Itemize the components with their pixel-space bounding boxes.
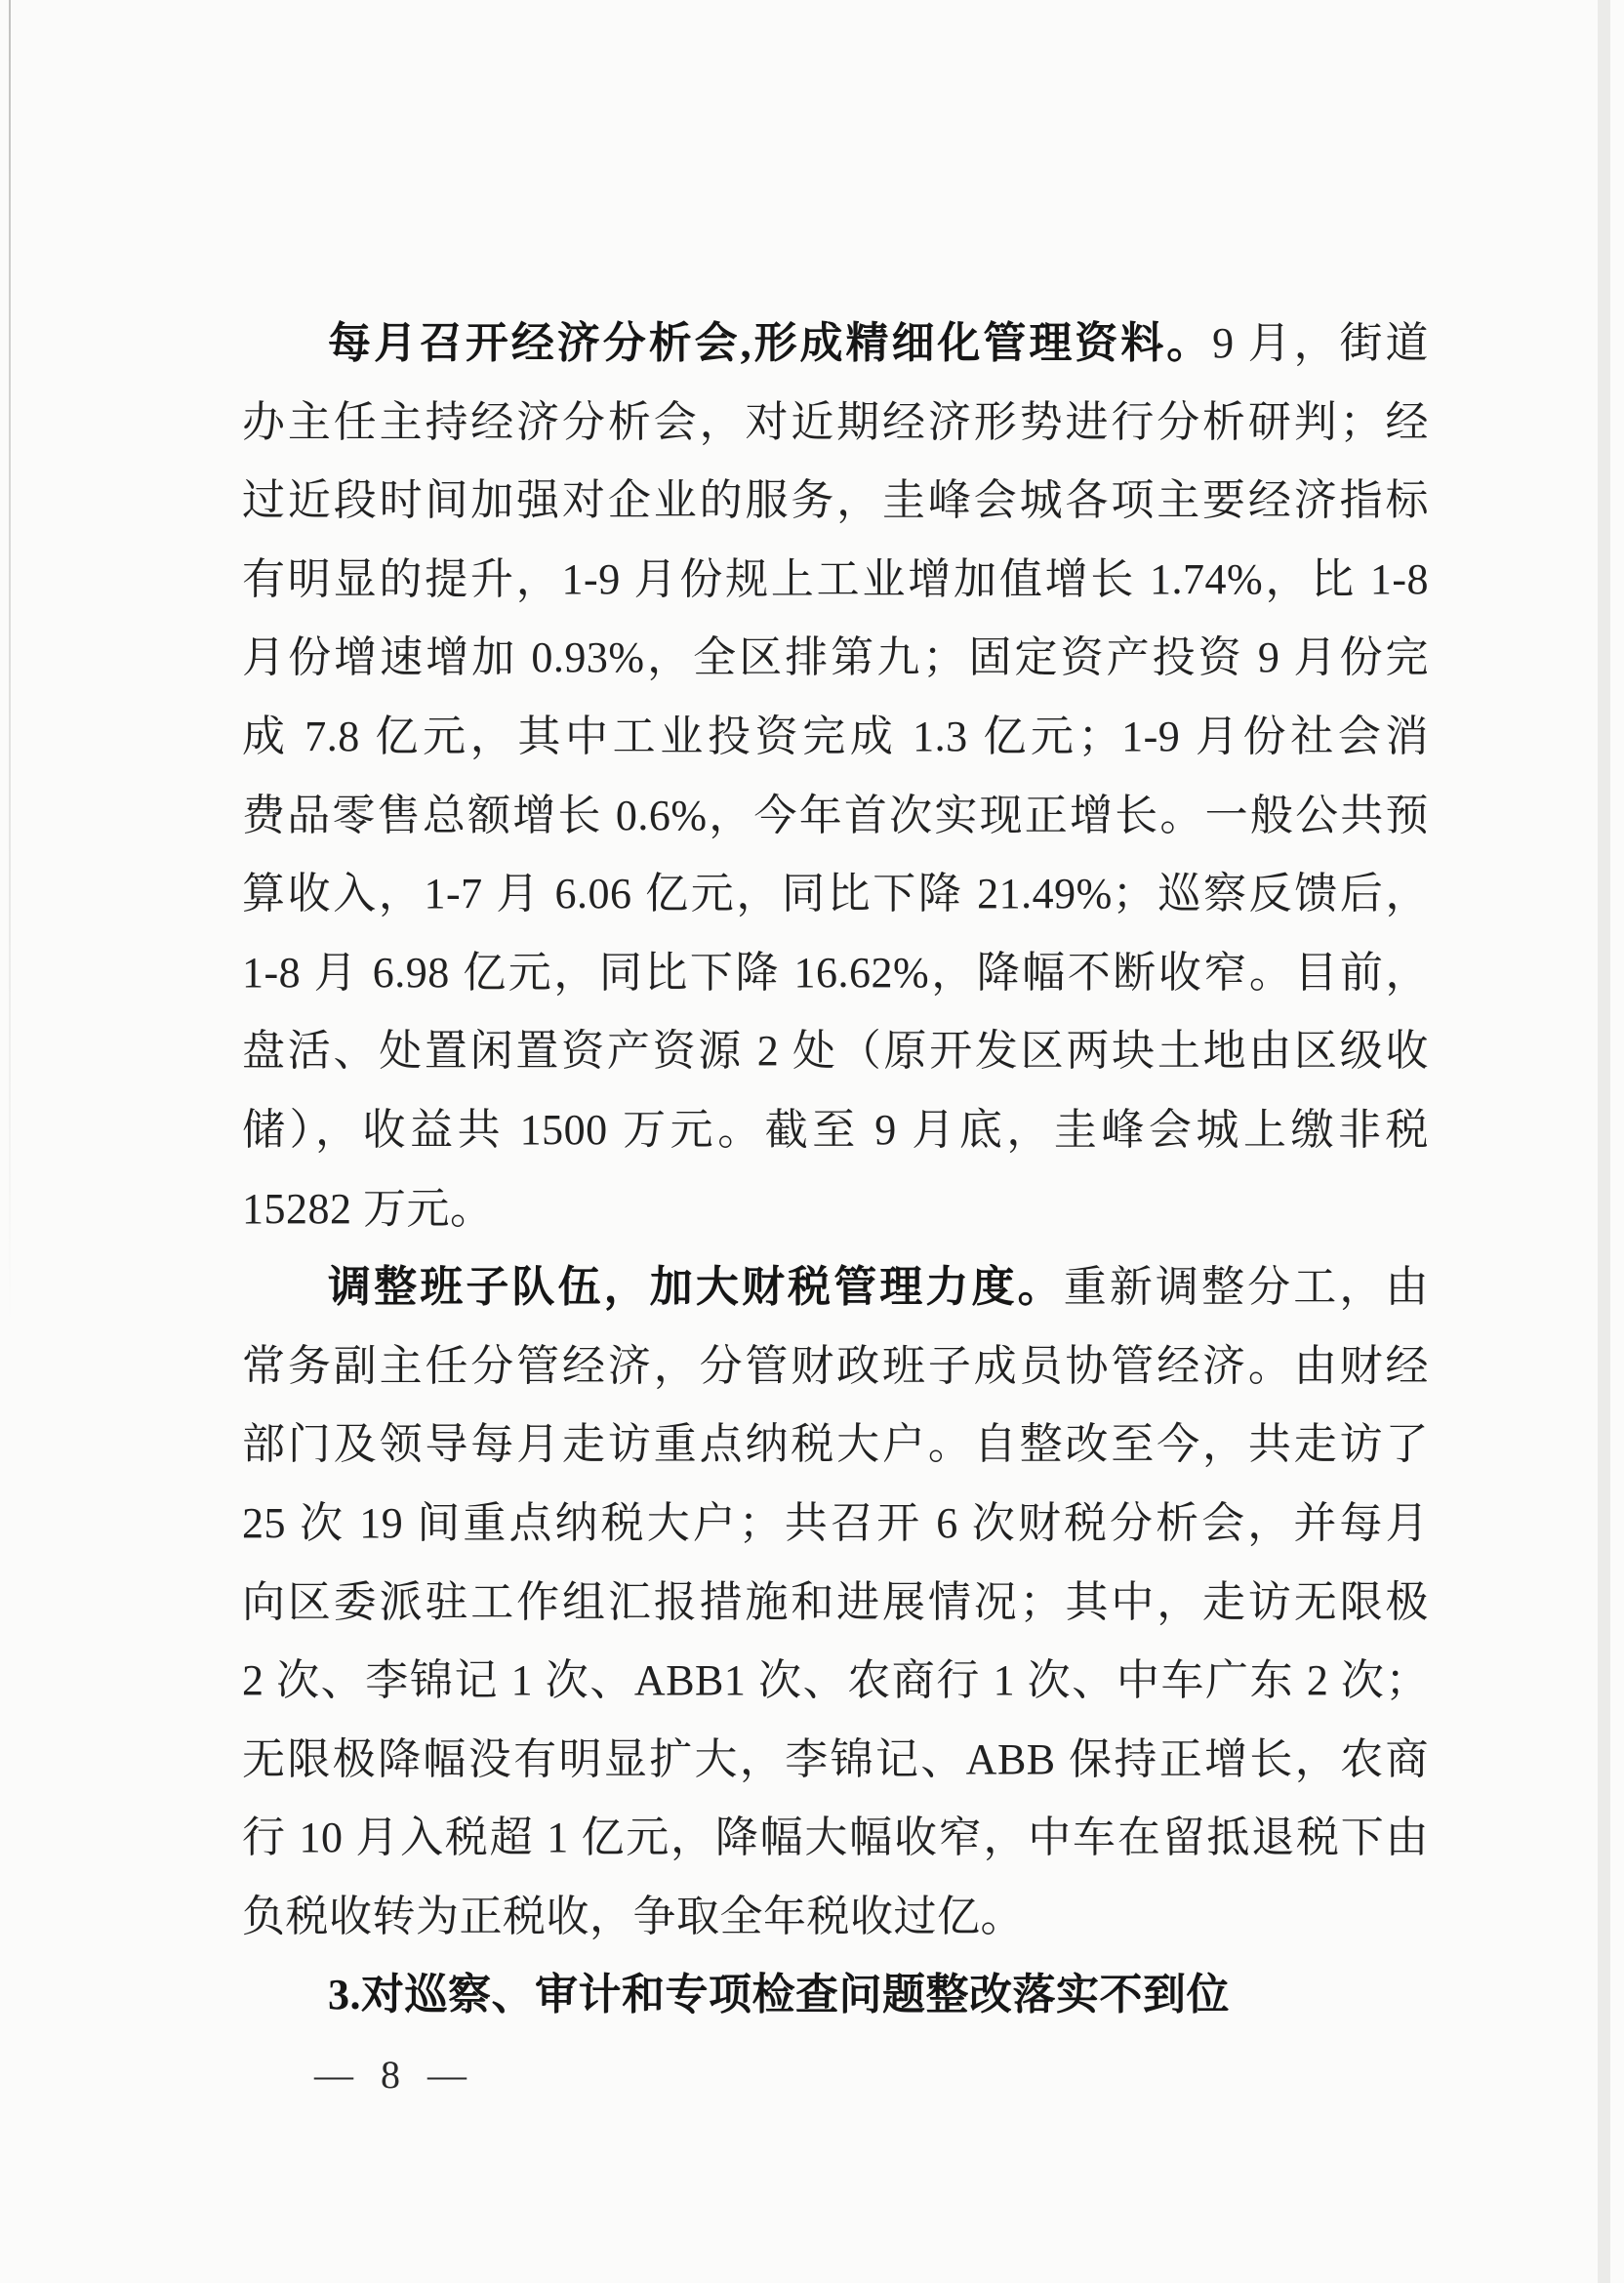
text-segment: 重新调整分工，由 [1064, 1263, 1429, 1311]
text-line: 算收入，1-7 月 6.06 亿元，同比下降 21.49%；巡察反馈后， [242, 855, 1429, 934]
bold-text-segment: 3.对巡察、审计和专项检查问题整改落实不到位 [328, 1971, 1230, 2018]
document-body: 每月召开经济分析会,形成精细化管理资料。9 月，街道办主任主持经济分析会，对近期… [242, 305, 1429, 2035]
text-line: 盘活、处置闲置资产资源 2 处（原开发区两块土地由区级收 [242, 1012, 1429, 1091]
text-line: 25 次 19 间重点纳税大户；共召开 6 次财税分析会，并每月 [242, 1485, 1429, 1564]
text-segment: 1-8 月 6.98 亿元，同比下降 16.62%，降幅不断收窄。目前， [242, 949, 1429, 997]
bold-text-segment: 每月召开经济分析会,形成精细化管理资料。 [328, 319, 1212, 367]
text-segment: 储），收益共 1500 万元。截至 9 月底，圭峰会城上缴非税 [242, 1106, 1429, 1154]
text-line: 15282 万元。 [242, 1170, 1429, 1249]
text-line: 2 次、李锦记 1 次、ABB1 次、农商行 1 次、中车广东 2 次； [242, 1642, 1429, 1721]
text-line: 成 7.8 亿元，其中工业投资完成 1.3 亿元；1-9 月份社会消 [242, 698, 1429, 777]
text-line: 办主任主持经济分析会，对近期经济形势进行分析研判；经 [242, 384, 1429, 463]
text-segment: 盘活、处置闲置资产资源 2 处（原开发区两块土地由区级收 [242, 1027, 1429, 1075]
text-segment: 2 次、李锦记 1 次、ABB1 次、农商行 1 次、中车广东 2 次； [242, 1656, 1429, 1704]
text-line: 向区委派驻工作组汇报措施和进展情况；其中，走访无限极 [242, 1564, 1429, 1643]
text-line: 常务副主任分管经济，分管财政班子成员协管经济。由财经 [242, 1327, 1429, 1406]
text-line: 3.对巡察、审计和专项检查问题整改落实不到位 [242, 1956, 1429, 2035]
text-line: 负税收转为正税收，争取全年税收过亿。 [242, 1878, 1429, 1957]
text-line: 储），收益共 1500 万元。截至 9 月底，圭峰会城上缴非税 [242, 1091, 1429, 1170]
scan-edge-left [9, 0, 11, 1325]
text-segment: 行 10 月入税超 1 亿元，降幅大幅收窄，中车在留抵退税下由 [242, 1814, 1429, 1861]
text-line: 有明显的提升，1-9 月份规上工业增加值增长 1.74%，比 1-8 [242, 541, 1429, 620]
text-segment: 过近段时间加强对企业的服务，圭峰会城各项主要经济指标 [242, 476, 1429, 524]
text-segment: 算收入，1-7 月 6.06 亿元，同比下降 21.49%；巡察反馈后， [242, 870, 1429, 917]
text-line: 月份增速增加 0.93%，全区排第九；固定资产投资 9 月份完 [242, 619, 1429, 698]
text-segment: 费品零售总额增长 0.6%，今年首次实现正增长。一般公共预 [242, 792, 1429, 839]
text-segment: 办主任主持经济分析会，对近期经济形势进行分析研判；经 [242, 398, 1429, 446]
text-segment: 有明显的提升，1-9 月份规上工业增加值增长 1.74%，比 1-8 [242, 555, 1429, 603]
text-segment: 向区委派驻工作组汇报措施和进展情况；其中，走访无限极 [242, 1578, 1429, 1626]
text-segment: 月份增速增加 0.93%，全区排第九；固定资产投资 9 月份完 [242, 633, 1429, 681]
text-line: 过近段时间加强对企业的服务，圭峰会城各项主要经济指标 [242, 462, 1429, 541]
text-segment: 部门及领导每月走访重点纳税大户。自整改至今，共走访了 [242, 1420, 1429, 1468]
text-line: 行 10 月入税超 1 亿元，降幅大幅收窄，中车在留抵退税下由 [242, 1799, 1429, 1878]
text-line: 费品零售总额增长 0.6%，今年首次实现正增长。一般公共预 [242, 777, 1429, 856]
text-segment: 常务副主任分管经济，分管财政班子成员协管经济。由财经 [242, 1342, 1429, 1390]
text-segment: 15282 万元。 [242, 1185, 494, 1233]
text-line: 1-8 月 6.98 亿元，同比下降 16.62%，降幅不断收窄。目前， [242, 934, 1429, 1013]
text-segment: 9 月，街道 [1212, 319, 1429, 367]
text-segment: 25 次 19 间重点纳税大户；共召开 6 次财税分析会，并每月 [242, 1499, 1429, 1547]
text-segment: 成 7.8 亿元，其中工业投资完成 1.3 亿元；1-9 月份社会消 [242, 713, 1429, 760]
text-segment: 负税收转为正税收，争取全年税收过亿。 [242, 1893, 1024, 1940]
document-page: 每月召开经济分析会,形成精细化管理资料。9 月，街道办主任主持经济分析会，对近期… [0, 0, 1624, 2283]
bold-text-segment: 调整班子队伍，加大财税管理力度。 [328, 1263, 1064, 1311]
text-line: 无限极降幅没有明显扩大，李锦记、ABB 保持正增长，农商 [242, 1721, 1429, 1800]
text-line: 部门及领导每月走访重点纳税大户。自整改至今，共走访了 [242, 1406, 1429, 1485]
text-segment: 无限极降幅没有明显扩大，李锦记、ABB 保持正增长，农商 [242, 1735, 1429, 1783]
page-number: — 8 — [314, 2054, 467, 2097]
text-line: 调整班子队伍，加大财税管理力度。重新调整分工，由 [242, 1248, 1429, 1327]
scan-edge-right [1598, 0, 1610, 2283]
text-line: 每月召开经济分析会,形成精细化管理资料。9 月，街道 [242, 305, 1429, 384]
